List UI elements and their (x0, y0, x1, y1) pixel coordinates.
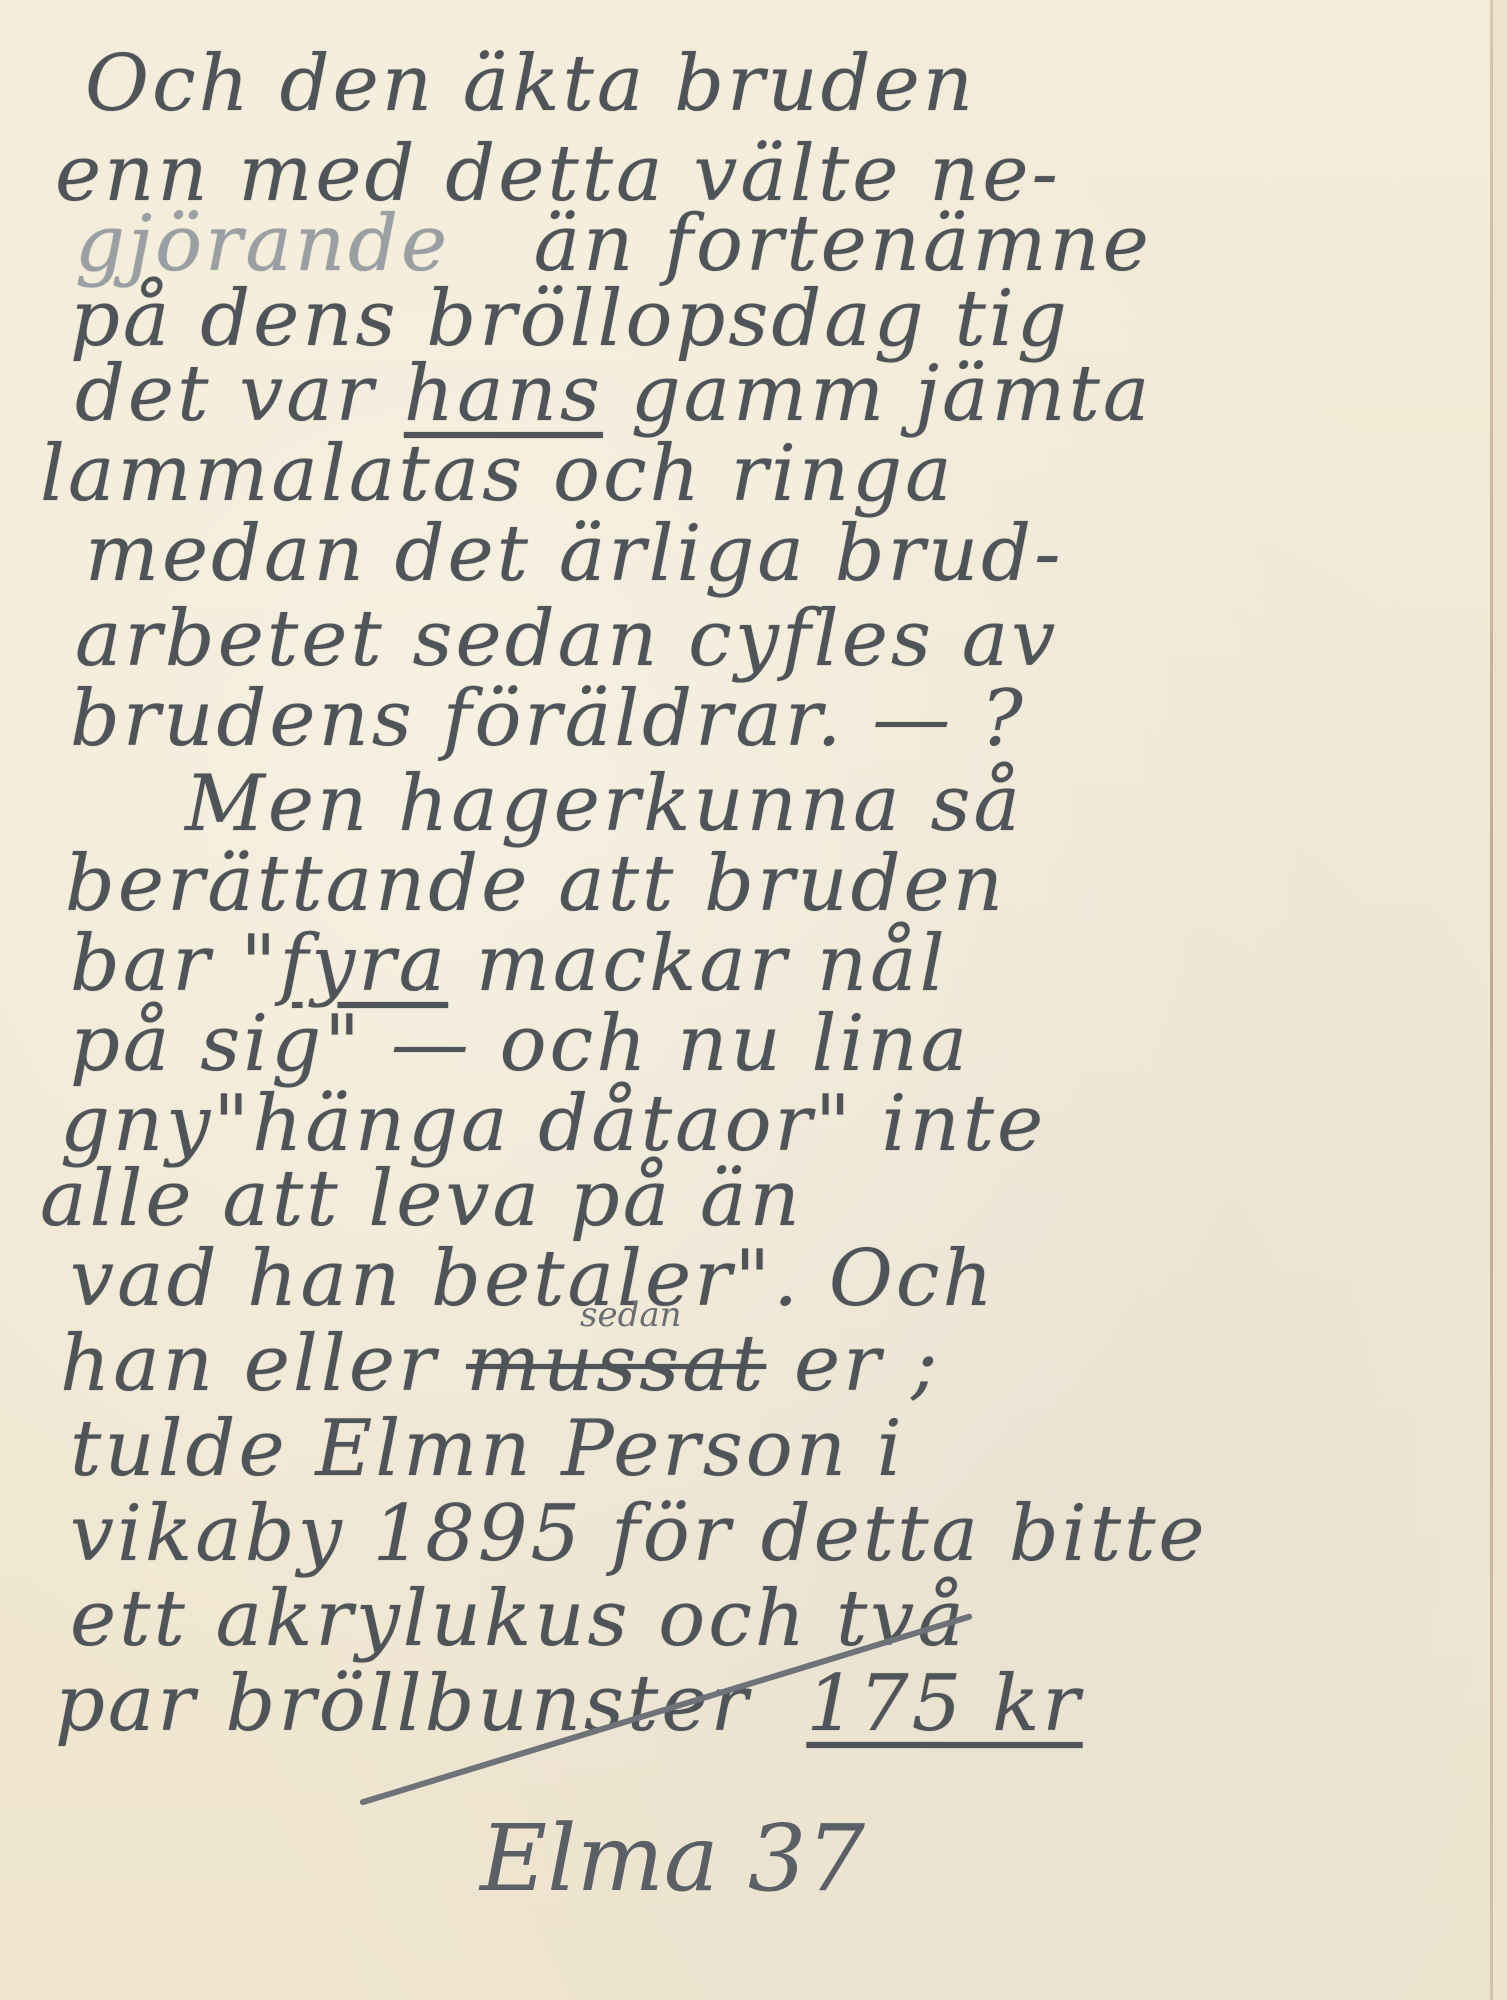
text-line-14: gny"hänga dåtaor" inte (60, 1085, 1046, 1163)
text-line-1: Och den äkta bruden (85, 45, 976, 123)
underlined-word: fyra (279, 919, 448, 1009)
underlined-amount: 175 kr (806, 1659, 1082, 1749)
text-line-8: arbetet sedan cyfles av (75, 600, 1058, 678)
line-text: Men hagerkunna så (185, 759, 1023, 849)
text-line-9: brudens föräldrar. — ? (70, 680, 1026, 758)
text-line-4: på dens bröllopsdag tig (70, 280, 1070, 358)
text-line-5: det var hans gamm jämta (75, 355, 1152, 433)
text-line-19: vikaby 1895 för detta bitte (70, 1495, 1208, 1573)
text-line-15: alle att leva på än (40, 1160, 803, 1238)
line-text: alle att leva på än (40, 1154, 803, 1244)
line-text: bar " (70, 919, 279, 1009)
text-line-13: på sig" — och nu lina (70, 1005, 970, 1083)
text-line-12: bar "fyra mackar nål (70, 925, 948, 1003)
text-line-3: gjörande än fortenämne (75, 205, 1152, 283)
text-line-18: tulde Elmn Person i (70, 1410, 905, 1488)
text-line-6: lammalatas och ringa (40, 435, 955, 513)
text-line-17: han eller mussat er ; (60, 1325, 941, 1403)
line-text: medan det ärliga brud- (85, 509, 1063, 599)
underlined-word: hans (404, 349, 603, 439)
line-text: berättande att bruden (65, 839, 1006, 929)
line-text: det var (75, 349, 376, 439)
line-text: par bröllbunster (55, 1659, 751, 1749)
line-text: mackar nål (448, 919, 947, 1009)
line-text: gamm jämta (631, 349, 1153, 439)
line-text: tulde Elmn Person i (70, 1404, 905, 1494)
struck-word: mussat (466, 1319, 766, 1409)
line-text: vad han betaler". Och (70, 1234, 996, 1324)
handwritten-text-body: Och den äkta bruden enn med detta välte … (0, 0, 1490, 2000)
page-right-margin (1493, 0, 1507, 2000)
text-line-21: par bröllbunster 175 kr (55, 1665, 1083, 1743)
line-text: ett akrylukus och två (70, 1574, 967, 1664)
line-text: arbetet sedan cyfles av (75, 594, 1058, 684)
line-text: på sig" — och nu lina (70, 999, 970, 1089)
text-line-16: vad han betaler". Och (70, 1240, 996, 1318)
line-text: han eller (60, 1319, 438, 1409)
line-text: Och den äkta bruden (85, 39, 976, 129)
line-text: brudens föräldrar. — ? (70, 674, 1026, 764)
line-text: lammalatas och ringa (40, 429, 955, 519)
text-line-7: medan det ärliga brud- (85, 515, 1063, 593)
text-line-20: ett akrylukus och två (70, 1580, 967, 1658)
manuscript-page: Och den äkta bruden enn med detta välte … (0, 0, 1507, 2000)
signature: Elma 37 (480, 1805, 865, 1912)
text-line-11: berättande att bruden (65, 845, 1006, 923)
text-line-10: Men hagerkunna så (185, 765, 1023, 843)
line-text: vikaby 1895 för detta bitte (70, 1489, 1208, 1579)
line-text: er ; (794, 1319, 941, 1409)
